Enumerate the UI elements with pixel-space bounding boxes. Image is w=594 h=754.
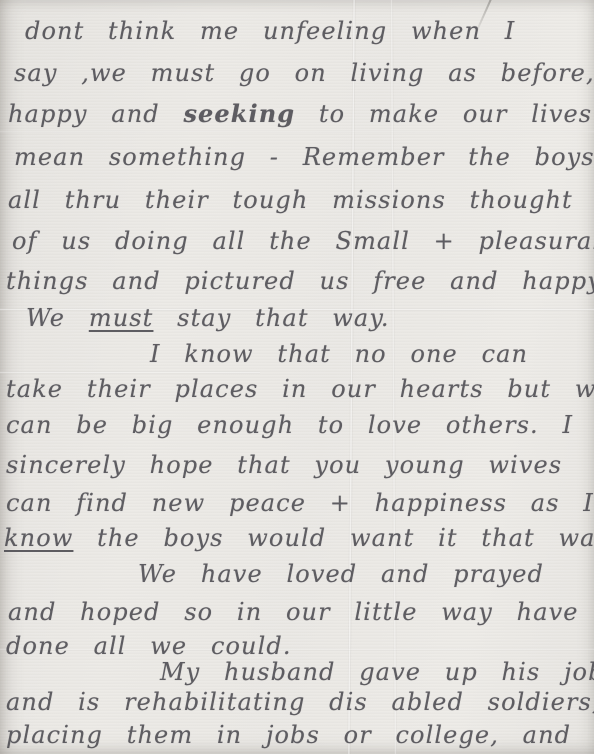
letter-text-segment: stay that way. bbox=[153, 304, 389, 332]
letter-line: take their places in our hearts but we bbox=[6, 374, 594, 404]
letter-line: My husband gave up his job bbox=[160, 657, 594, 687]
letter-line: dont think me unfeeling when I bbox=[25, 16, 515, 46]
letter-text-segment: know bbox=[4, 524, 73, 552]
letter-line: can find new peace + happiness as I bbox=[6, 488, 594, 518]
letter-text-segment: things and pictured us free and happy- bbox=[6, 267, 594, 295]
letter-text-segment: done all we could. bbox=[6, 632, 292, 660]
letter-line: know the boys would want it that way. bbox=[4, 523, 594, 553]
letter-line: things and pictured us free and happy- bbox=[6, 266, 594, 296]
letter-line: We must stay that way. bbox=[26, 303, 390, 333]
letter-text-segment: to make our lives bbox=[295, 100, 592, 128]
letter-line: all thru their tough missions thought bbox=[8, 185, 573, 215]
letter-page: dont think me unfeeling when Isay ,we mu… bbox=[0, 0, 594, 754]
letter-text-segment: must bbox=[89, 304, 154, 332]
letter-line: I know that no one can bbox=[150, 339, 528, 369]
letter-text-segment: of us doing all the Small + pleasurable bbox=[12, 227, 594, 255]
letter-text-segment: take their places in our hearts but we bbox=[6, 375, 594, 403]
letter-line: happy and seeking to make our lives bbox=[8, 99, 592, 129]
letter-text-segment: can be big enough to love others. I bbox=[6, 411, 573, 439]
letter-line: of us doing all the Small + pleasurable bbox=[12, 226, 594, 256]
letter-text-segment: all thru their tough missions thought bbox=[8, 186, 573, 214]
letter-text-segment: and hoped so in our little way have bbox=[8, 598, 579, 626]
letter-text-segment: can find new peace + happiness as I bbox=[6, 489, 594, 517]
letter-text-segment: happy and bbox=[8, 100, 183, 128]
letter-text-segment: My husband gave up his job bbox=[160, 658, 594, 686]
letter-text-segment: I know that no one can bbox=[150, 340, 528, 368]
letter-line: sincerely hope that you young wives bbox=[6, 450, 562, 480]
letter-line: and hoped so in our little way have bbox=[8, 597, 579, 627]
letter-line: can be big enough to love others. I bbox=[6, 410, 573, 440]
letter-text-segment: dont think me unfeeling when I bbox=[25, 17, 515, 45]
letter-line: placing them in jobs or college, and it bbox=[6, 720, 594, 750]
letter-line: mean something - Remember the boys bbox=[14, 142, 594, 172]
letter-text-segment: say ,we must go on living as before, bbox=[14, 59, 594, 87]
letter-text-segment: sincerely hope that you young wives bbox=[6, 451, 562, 479]
letter-text-segment: We bbox=[26, 304, 89, 332]
letter-text-segment: mean something - Remember the boys bbox=[14, 143, 594, 171]
letter-text-segment: seeking bbox=[183, 99, 295, 128]
letter-line: We have loved and prayed bbox=[138, 559, 544, 589]
letter-line: and is rehabilitating dis abled soldiers… bbox=[6, 687, 594, 717]
letter-text-segment: We have loved and prayed bbox=[138, 560, 544, 588]
letter-text-segment: the boys would want it that way. bbox=[73, 524, 594, 552]
letter-text-segment: and is rehabilitating dis abled soldiers… bbox=[6, 688, 594, 716]
horizontal-fold-crease bbox=[0, 130, 594, 133]
letter-line: say ,we must go on living as before, bbox=[14, 58, 594, 88]
letter-text-segment: placing them in jobs or college, and it bbox=[6, 721, 594, 749]
